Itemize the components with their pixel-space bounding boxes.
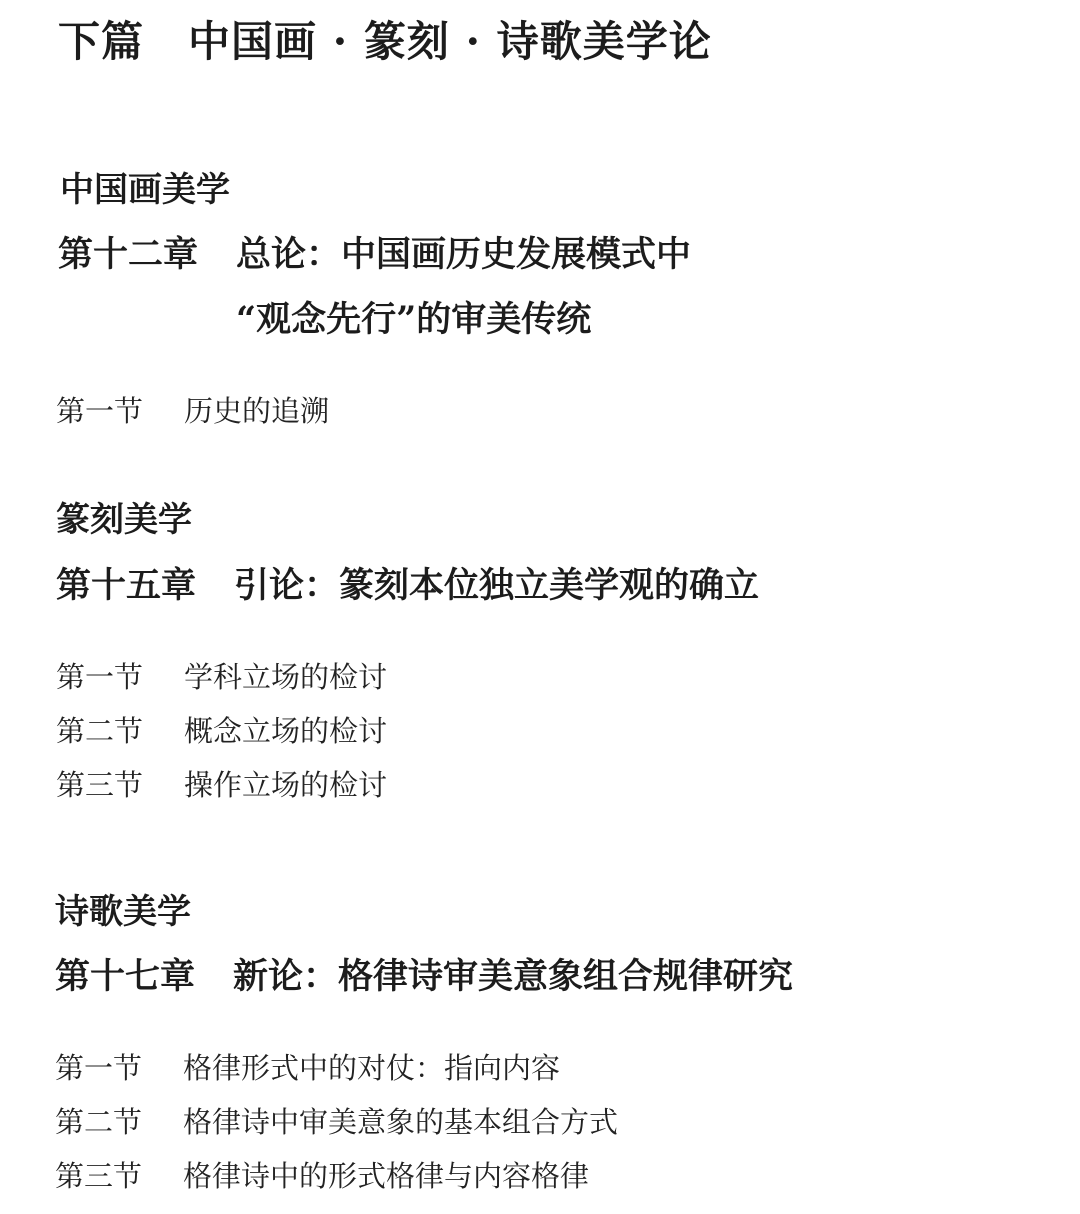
section-15-3[interactable]: 第三节操作立场的检讨 (56, 766, 387, 804)
section-title: 格律形式中的对仗：指向内容 (183, 1051, 560, 1085)
section-title: 格律诗中的形式格律与内容格律 (183, 1159, 589, 1193)
section-number: 第二节 (56, 712, 184, 750)
section-number: 第一节 (56, 392, 184, 430)
chapter-12[interactable]: 第十二章总论：中国画历史发展模式中 (58, 232, 691, 278)
section-number: 第三节 (55, 1157, 183, 1195)
section-title: 格律诗中审美意象的基本组合方式 (183, 1105, 618, 1139)
part-title: 下篇中国画 · 篆刻 · 诗歌美学论 (58, 14, 712, 70)
chapter-title: 引论：篆刻本位独立美学观的确立 (234, 565, 759, 606)
chapter-number: 第十五章 (56, 563, 234, 609)
section-number: 第三节 (56, 766, 184, 804)
chapter-number: 第十七章 (55, 954, 233, 1000)
chapter-17[interactable]: 第十七章新论：格律诗审美意象组合规律研究 (55, 954, 793, 1000)
chapter-number: 第十二章 (58, 232, 236, 278)
category-heading-seal: 篆刻美学 (56, 498, 192, 542)
part-subtitle: 中国画 · 篆刻 · 诗歌美学论 (188, 17, 712, 66)
chapter-12-title-cont: “观念先行”的审美传统 (236, 297, 591, 343)
part-label: 下篇 (58, 17, 144, 66)
section-12-1[interactable]: 第一节历史的追溯 (56, 392, 329, 430)
section-15-1[interactable]: 第一节学科立场的检讨 (56, 658, 387, 696)
section-title: 历史的追溯 (184, 394, 329, 428)
category-heading-painting: 中国画美学 (60, 168, 230, 212)
chapter-title: 总论：中国画历史发展模式中 (236, 234, 691, 275)
section-title: 操作立场的检讨 (184, 768, 387, 802)
section-number: 第一节 (55, 1049, 183, 1087)
section-15-2[interactable]: 第二节概念立场的检讨 (56, 712, 387, 750)
section-17-1[interactable]: 第一节格律形式中的对仗：指向内容 (55, 1049, 560, 1087)
section-number: 第一节 (56, 658, 184, 696)
section-number: 第二节 (55, 1103, 183, 1141)
chapter-15[interactable]: 第十五章引论：篆刻本位独立美学观的确立 (56, 563, 759, 609)
section-title: 概念立场的检讨 (184, 714, 387, 748)
section-17-2[interactable]: 第二节格律诗中审美意象的基本组合方式 (55, 1103, 618, 1141)
category-heading-poetry: 诗歌美学 (55, 890, 191, 934)
section-title: 学科立场的检讨 (184, 660, 387, 694)
section-17-3[interactable]: 第三节格律诗中的形式格律与内容格律 (55, 1157, 589, 1195)
chapter-title: 新论：格律诗审美意象组合规律研究 (233, 956, 793, 997)
